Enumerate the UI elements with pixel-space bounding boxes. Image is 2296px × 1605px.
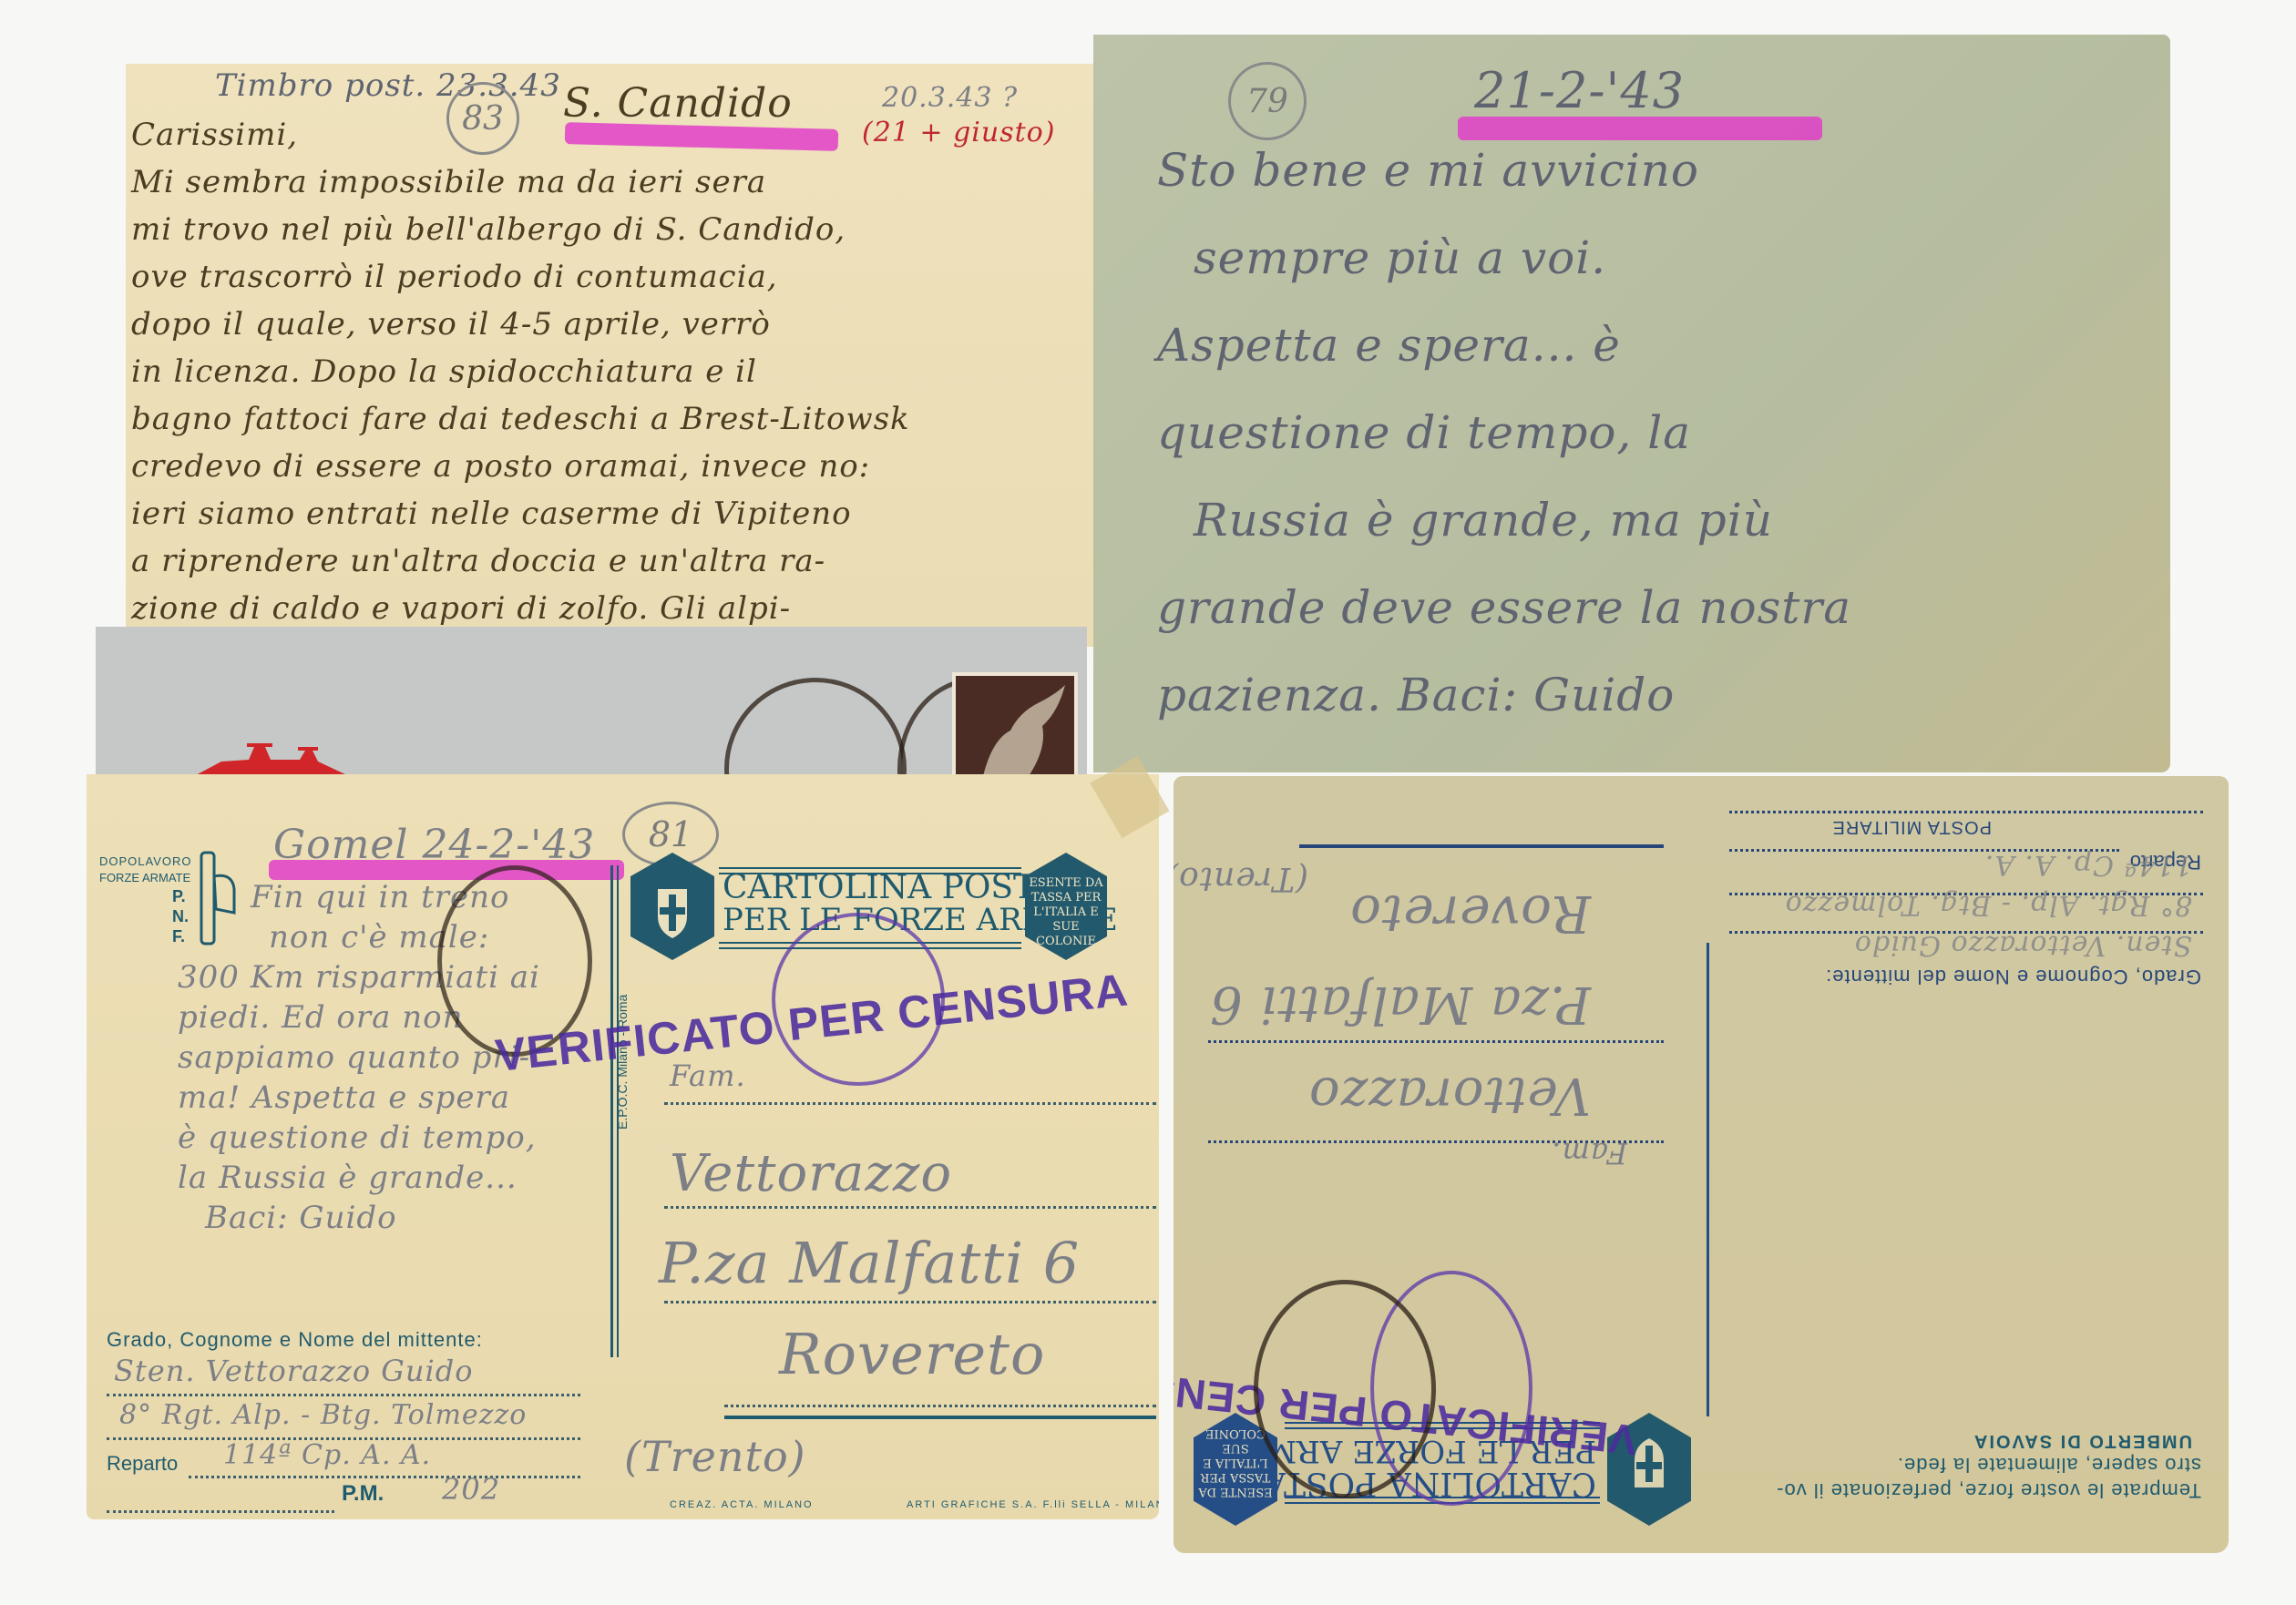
exempt-badge-line: TASSA PER [1194, 1469, 1277, 1484]
circled-number: 83 [446, 82, 519, 155]
logo-line-2: FORZE ARMATE [99, 871, 190, 884]
message-line: piedi. Ed ora non [178, 999, 463, 1036]
divider-line [610, 865, 613, 1357]
pm-line [107, 1510, 334, 1513]
reparto-line [189, 1476, 580, 1478]
address-line [664, 1301, 1156, 1303]
date-header: 21-2-'43 [1474, 62, 1685, 119]
letter-line: zione di caldo e vapori di zolfo. Gli al… [131, 590, 791, 627]
letter-line: in licenza. Dopo la spidocchiatura e il [131, 353, 757, 390]
sender-line: Sten. Vettorazzo Guido [1854, 929, 2192, 961]
date-note: 20.3.43 ? [882, 82, 1018, 114]
green-card-79: 79 21-2-'43 Sto bene e mi avvicinosempre… [1093, 35, 2170, 772]
posta-line [1729, 811, 2203, 813]
letter-line: credevo di essere a posto oramai, invece… [131, 448, 870, 485]
message-line: pazienza. Baci: Guido [1157, 669, 1675, 721]
recipient-line: (Trento) [1174, 860, 1308, 897]
coat-of-arms-badge [630, 853, 714, 960]
message-line: la Russia è grande... [178, 1160, 518, 1196]
logo-letter-n: N. [172, 907, 189, 926]
recipient-name: Vettorazzo [670, 1144, 952, 1203]
sender-label: Grado, Cognome e Nome del mittente: [1825, 965, 2201, 988]
letter-line: Carissimi, [131, 117, 298, 153]
exempt-badge-line: L'ITALIA E [1194, 1455, 1277, 1469]
exempt-badge-line: L'ITALIA E [1025, 905, 1107, 920]
letter-line: Mi sembra impossibile ma da ieri sera [131, 164, 766, 200]
letter-line: bagno fattoci fare dai tedeschi a Brest-… [131, 401, 910, 437]
exempt-badge-line: ESENTE DA [1194, 1484, 1277, 1498]
posta-militare-label: POSTA MILITARE [1831, 816, 1992, 837]
motto-author: UMBERTO DI SAVOIA [1973, 1430, 2192, 1451]
letter-card-83: Timbro post. 23.3.43 83 S. Candido 20.3.… [126, 64, 1093, 647]
address-underline [1299, 844, 1664, 848]
letter-line: ieri siamo entrati nelle caserme di Vipi… [131, 496, 852, 532]
address-line [664, 1102, 1156, 1105]
postage-stamp [952, 672, 1078, 776]
letter-line: a riprendere un'altra doccia e un'altra … [131, 543, 825, 579]
motto-line-1: Temprate le vostre forze, perfezionate i… [1776, 1478, 2201, 1502]
exempt-badge-line: SUE COLONIE [1025, 920, 1107, 949]
letter-line: mi trovo nel più bell'albergo di S. Cand… [131, 211, 846, 248]
logo-letter-p: P. [172, 887, 186, 906]
message-line: Sto bene e mi avvicino [1157, 144, 1699, 197]
envelope-fragment [96, 627, 1087, 776]
postcard-81: 81 Gomel 24-2-'43 DOPOLAVORO FORZE ARMAT… [87, 774, 1159, 1519]
place-header: S. Candido [563, 80, 793, 127]
recipient-province: (Trento) [624, 1432, 806, 1481]
recipient-line: Fam. [1551, 1136, 1627, 1171]
footer-left: CREAZ. ACTA. MILANO [670, 1499, 814, 1510]
sender-label: Grado, Cognome e Nome del mittente: [107, 1328, 483, 1352]
sender-line: 8° Rgt. Alp. - Btg. Tolmezzo [1785, 889, 2192, 921]
address-underline [724, 1416, 1156, 1419]
recipient-street: P.za Malfatti 6 [659, 1230, 1080, 1296]
address-line [1208, 1040, 1664, 1043]
address-line [664, 1206, 1156, 1209]
recipient-line: Vettorazzo [1308, 1066, 1591, 1125]
recipient-line: P.za Malfatti 6 [1209, 975, 1591, 1034]
exempt-badge-line: TASSA PER [1025, 891, 1107, 905]
postmark-san-candido [724, 678, 907, 776]
circled-number: 79 [1228, 62, 1307, 140]
message-line: Baci: Guido [205, 1200, 397, 1236]
postcard-upside-down: Temprate le vostre forze, perfezionate i… [1174, 776, 2229, 1553]
recipient-city: Rovereto [779, 1321, 1045, 1387]
letter-line: dopo il quale, verso il 4-5 aprile, verr… [131, 306, 771, 342]
fasces-icon [196, 849, 241, 949]
red-correction-note: (21 + giusto) [862, 117, 1055, 148]
message-line: Aspetta e spera... è [1157, 319, 1621, 372]
pm-value: 202 [442, 1472, 500, 1507]
motto-line-2: stro sapere, alimentate la fede. [1897, 1453, 2201, 1477]
sender-unit: 8° Rgt. Alp. - Btg. Tolmezzo [119, 1399, 527, 1431]
pm-label: P.M. [342, 1481, 384, 1507]
highlighter-mark [269, 860, 624, 880]
letter-line: ove trascorrò il periodo di contumacia, [131, 259, 778, 295]
winged-horse-icon [956, 676, 1074, 776]
savoy-shield-icon [630, 853, 714, 960]
footer-right: ARTI GRAFICHE S.A. F.lli SELLA - MILANO [907, 1499, 1159, 1510]
reparto-value: 114ª Cp. A. A. [223, 1439, 431, 1471]
sender-line: 114ª Cp. A. A. [1984, 849, 2192, 881]
address-line [724, 1405, 1156, 1407]
exempt-badge-line: ESENTE DA [1025, 876, 1107, 891]
logo-line-1: DOPOLAVORO [99, 854, 192, 868]
message-line: è questione di tempo, [178, 1119, 537, 1156]
reparto-label: Reparto [107, 1452, 178, 1476]
message-line: questione di tempo, la [1157, 406, 1691, 459]
military-postmark [1254, 1280, 1436, 1498]
message-line: Russia è grande, ma più [1194, 494, 1773, 547]
sender-line [107, 1394, 580, 1396]
sender-name: Sten. Vettorazzo Guido [114, 1354, 473, 1388]
message-line: grande deve essere la nostra [1157, 581, 1851, 634]
highlighter-mark [1458, 117, 1822, 140]
divider-line [1707, 943, 1709, 1416]
red-logo-icon [194, 740, 395, 776]
recipient-prefix: Fam. [670, 1058, 746, 1093]
message-line: ma! Aspetta e spera [178, 1079, 510, 1116]
rotated-content: Temprate le vostre forze, perfezionate i… [1174, 776, 2229, 1553]
message-line: sempre più a voi. [1194, 231, 1606, 284]
recipient-line: Rovereto [1349, 884, 1591, 943]
logo-letter-f: F. [172, 927, 185, 946]
